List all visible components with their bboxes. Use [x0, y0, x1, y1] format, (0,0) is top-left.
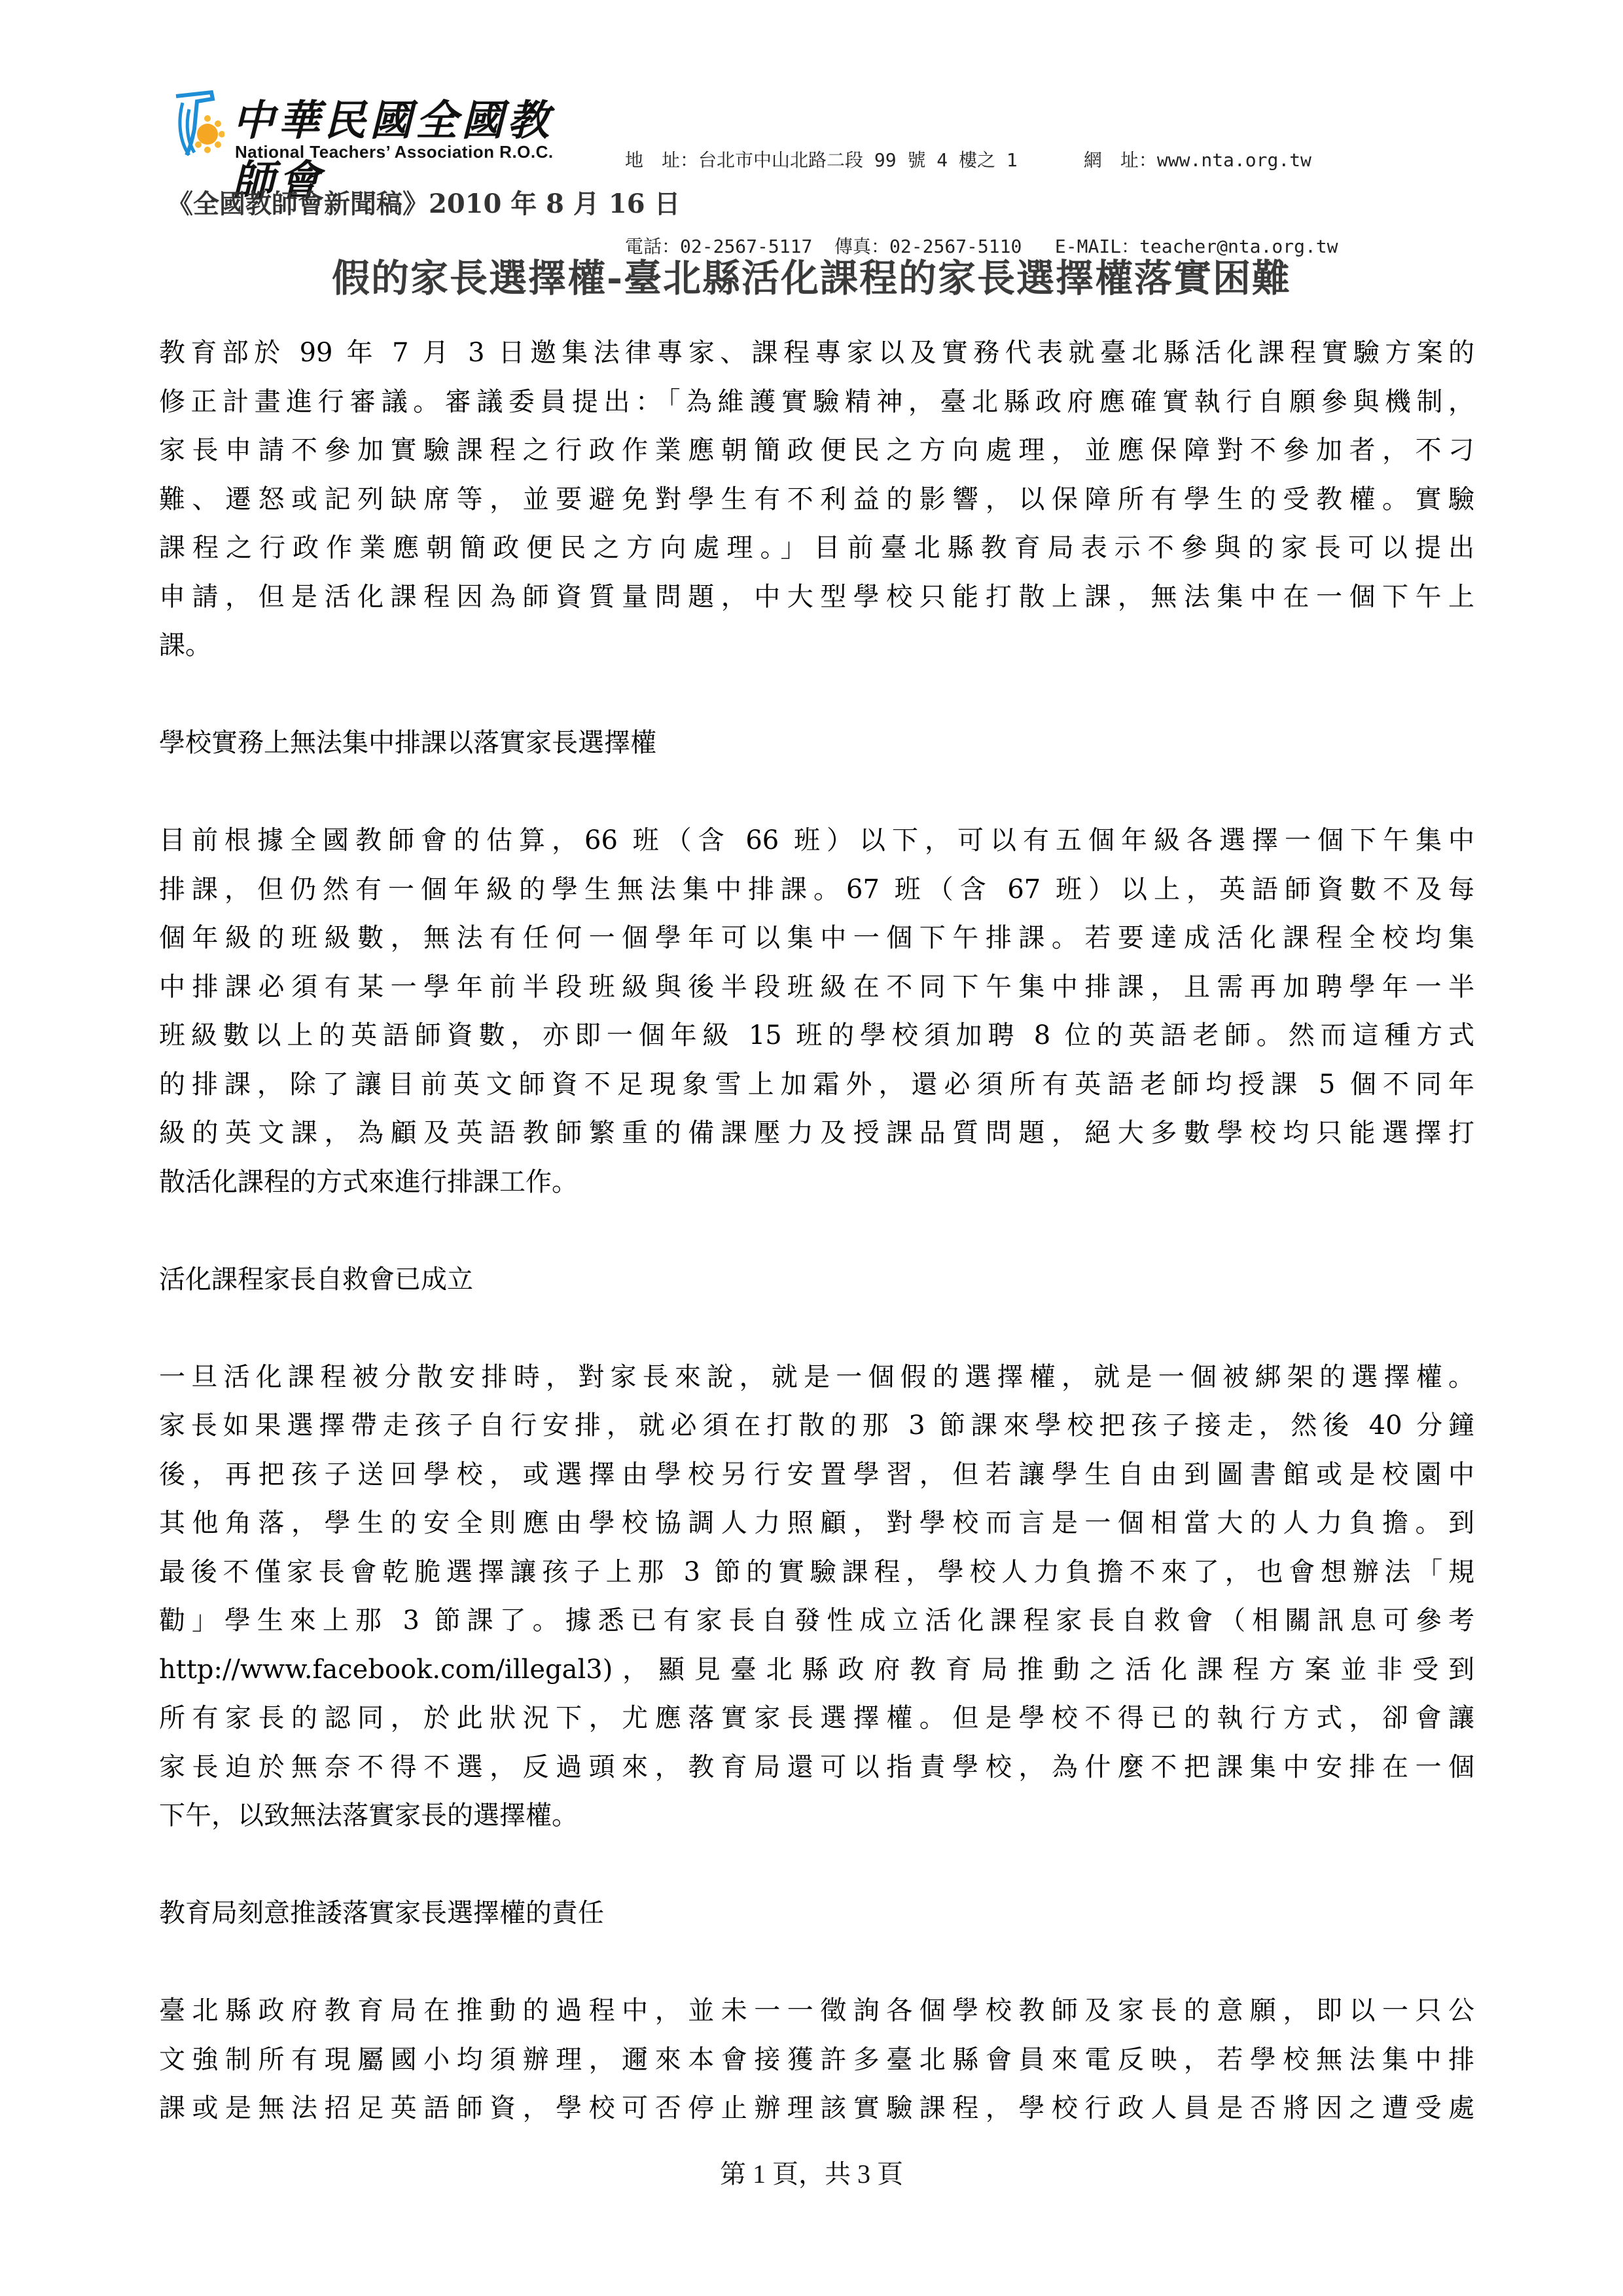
document-page: 中華民國全國教師會 National Teachers’ Association…	[0, 0, 1623, 2296]
section-heading: 學校實務上無法集中排課以落實家長選擇權	[159, 719, 1474, 768]
org-name-en: National Teachers’ Association R.O.C.	[235, 142, 554, 162]
paragraph-line: 修正計畫進行審議。審議委員提出：「為維護實驗精神，臺北縣政府應確實執行自願參與機…	[159, 378, 1474, 427]
website-label: 網 址：	[1084, 149, 1157, 171]
paragraph-line: 目前根據全國教師會的估算，66 班（含 66 班）以下，可以有五個年級各選擇一個…	[159, 816, 1474, 865]
nta-logo-icon	[172, 90, 224, 162]
paragraph-line: 的排課，除了讓目前英文師資不足現象雪上加霜外，還必須所有英語老師均授課 5 個不…	[159, 1060, 1474, 1109]
spacer	[159, 1206, 1474, 1255]
press-release-date: 《全國教師會新聞稿》2010 年 8 月 16 日	[167, 183, 680, 221]
section-parents-association: 活化課程家長自救會已成立 一旦活化課程被分散安排時，對家長來說，就是一個假的選擇…	[159, 1255, 1474, 1840]
document-body: 教育部於 99 年 7 月 3 日邀集法律專家、課程專家以及實務代表就臺北縣活化…	[159, 329, 1474, 2133]
paragraph-line: 個年級的班級數，無法有任何一個學年可以集中一個下午排課。若要達成活化課程全校均集	[159, 914, 1474, 963]
section-intro: 教育部於 99 年 7 月 3 日邀集法律專家、課程專家以及實務代表就臺北縣活化…	[159, 329, 1474, 670]
paragraph-line: 級的英文課，為顧及英語教師繁重的備課壓力及授課品質問題，絕大多數學校均只能選擇打	[159, 1109, 1474, 1158]
paragraph-line: 課。	[159, 621, 1474, 670]
paragraph-line: 課或是無法招足英語師資，學校可否停止辦理該實驗課程，學校行政人員是否將因之遭受處	[159, 2084, 1474, 2133]
paragraph-line: 下午，以致無法落實家長的選擇權。	[159, 1791, 1474, 1840]
spacer	[159, 1304, 1474, 1353]
paragraph-line: 中排課必須有某一學年前半段班級與後半段班級在不同下午集中排課，且需再加聘學年一半	[159, 963, 1474, 1012]
paragraph-line: 教育部於 99 年 7 月 3 日邀集法律專家、課程專家以及實務代表就臺北縣活化…	[159, 329, 1474, 378]
section-heading: 教育局刻意推諉落實家長選擇權的責任	[159, 1889, 1474, 1938]
letterhead: 中華民國全國教師會 National Teachers’ Association…	[167, 82, 1476, 173]
paragraph-line: 課程之行政作業應朝簡政便民之方向處理。」目前臺北縣教育局表示不參與的家長可以提出	[159, 524, 1474, 573]
logo: 中華民國全國教師會 National Teachers’ Association…	[167, 82, 586, 173]
section-scheduling: 學校實務上無法集中排課以落實家長選擇權 目前根據全國教師會的估算，66 班（含 …	[159, 719, 1474, 1206]
paragraph-line: 勸」學生來上那 3 節課了。據悉已有家長自發性成立活化課程家長自救會（相關訊息可…	[159, 1596, 1474, 1645]
paragraph-line: 排課，但仍然有一個年級的學生無法集中排課。67 班（含 67 班）以上，英語師資…	[159, 865, 1474, 914]
website-link[interactable]: www.nta.org.tw	[1157, 149, 1311, 171]
document-title: 假的家長選擇權-臺北縣活化課程的家長選擇權落實困難	[0, 247, 1623, 302]
spacer	[159, 768, 1474, 817]
spacer	[159, 670, 1474, 719]
section-education-bureau: 教育局刻意推諉落實家長選擇權的責任 臺北縣政府教育局在推動的過程中，並未一一徵詢…	[159, 1889, 1474, 2133]
paragraph-line: 散活化課程的方式來進行排課工作。	[159, 1158, 1474, 1207]
paragraph-line: 文強制所有現屬國小均須辦理，邇來本會接獲許多臺北縣會員來電反映，若學校無法集中排	[159, 2036, 1474, 2085]
paragraph-line: 其他角落，學生的安全則應由學校協調人力照顧，對學校而言是一個相當大的人力負擔。到	[159, 1499, 1474, 1548]
paragraph-line: 最後不僅家長會乾脆選擇讓孩子上那 3 節的實驗課程，學校人力負擔不來了，也會想辦…	[159, 1548, 1474, 1597]
address-label: 地 址：	[625, 149, 698, 171]
spacer	[159, 1840, 1474, 1890]
paragraph-line: 申請，但是活化課程因為師資質量問題，中大型學校只能打散上課，無法集中在一個下午上	[159, 573, 1474, 622]
page-indicator: 第 1 頁，共 3 頁	[720, 2159, 903, 2189]
paragraph-line: 家長如果選擇帶走孩子自行安排，就必須在打散的那 3 節課來學校把孩子接走，然後 …	[159, 1401, 1474, 1450]
paragraph-line: 一旦活化課程被分散安排時，對家長來說，就是一個假的選擇權，就是一個被綁架的選擇權…	[159, 1353, 1474, 1402]
paragraph-line: 難、遷怒或記列缺席等，並要避免對學生有不利益的影響，以保障所有學生的受教權。實驗	[159, 475, 1474, 524]
contact-row-1: 地 址：台北市中山北路二段 99 號 4 樓之 1 網 址：www.nta.or…	[625, 146, 1338, 175]
paragraph-line: 班級數以上的英語師資數，亦即一個年級 15 班的學校須加聘 8 位的英語老師。然…	[159, 1011, 1474, 1060]
page-footer: 第 1 頁，共 3 頁	[0, 2153, 1623, 2191]
paragraph-line-with-link[interactable]: http://www.facebook.com/illegal3)，顯見臺北縣政…	[159, 1645, 1474, 1695]
paragraph-line: 臺北縣政府教育局在推動的過程中，並未一一徵詢各個學校教師及家長的意願，即以一只公	[159, 1986, 1474, 2036]
section-heading: 活化課程家長自救會已成立	[159, 1255, 1474, 1304]
paragraph-line: 家長申請不參加實驗課程之行政作業應朝簡政便民之方向處理，並應保障對不參加者，不刁	[159, 426, 1474, 475]
paragraph-line: 後，再把孩子送回學校，或選擇由學校另行安置學習，但若讓學生自由到圖書館或是校園中	[159, 1450, 1474, 1499]
paragraph-line: 家長迫於無奈不得不選，反過頭來，教育局還可以指責學校，為什麼不把課集中安排在一個	[159, 1743, 1474, 1792]
paragraph-line: 所有家長的認同，於此狀況下，尤應落實家長選擇權。但是學校不得已的執行方式，卻會讓	[159, 1694, 1474, 1743]
spacer	[159, 1938, 1474, 1987]
address: 台北市中山北路二段 99 號 4 樓之 1	[698, 149, 1018, 171]
